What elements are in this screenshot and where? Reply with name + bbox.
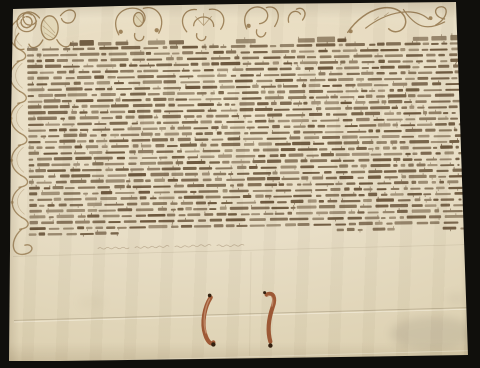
photo-backdrop — [0, 0, 480, 368]
parchment-sheet — [0, 0, 480, 368]
parchment-edge-shading — [0, 0, 480, 368]
